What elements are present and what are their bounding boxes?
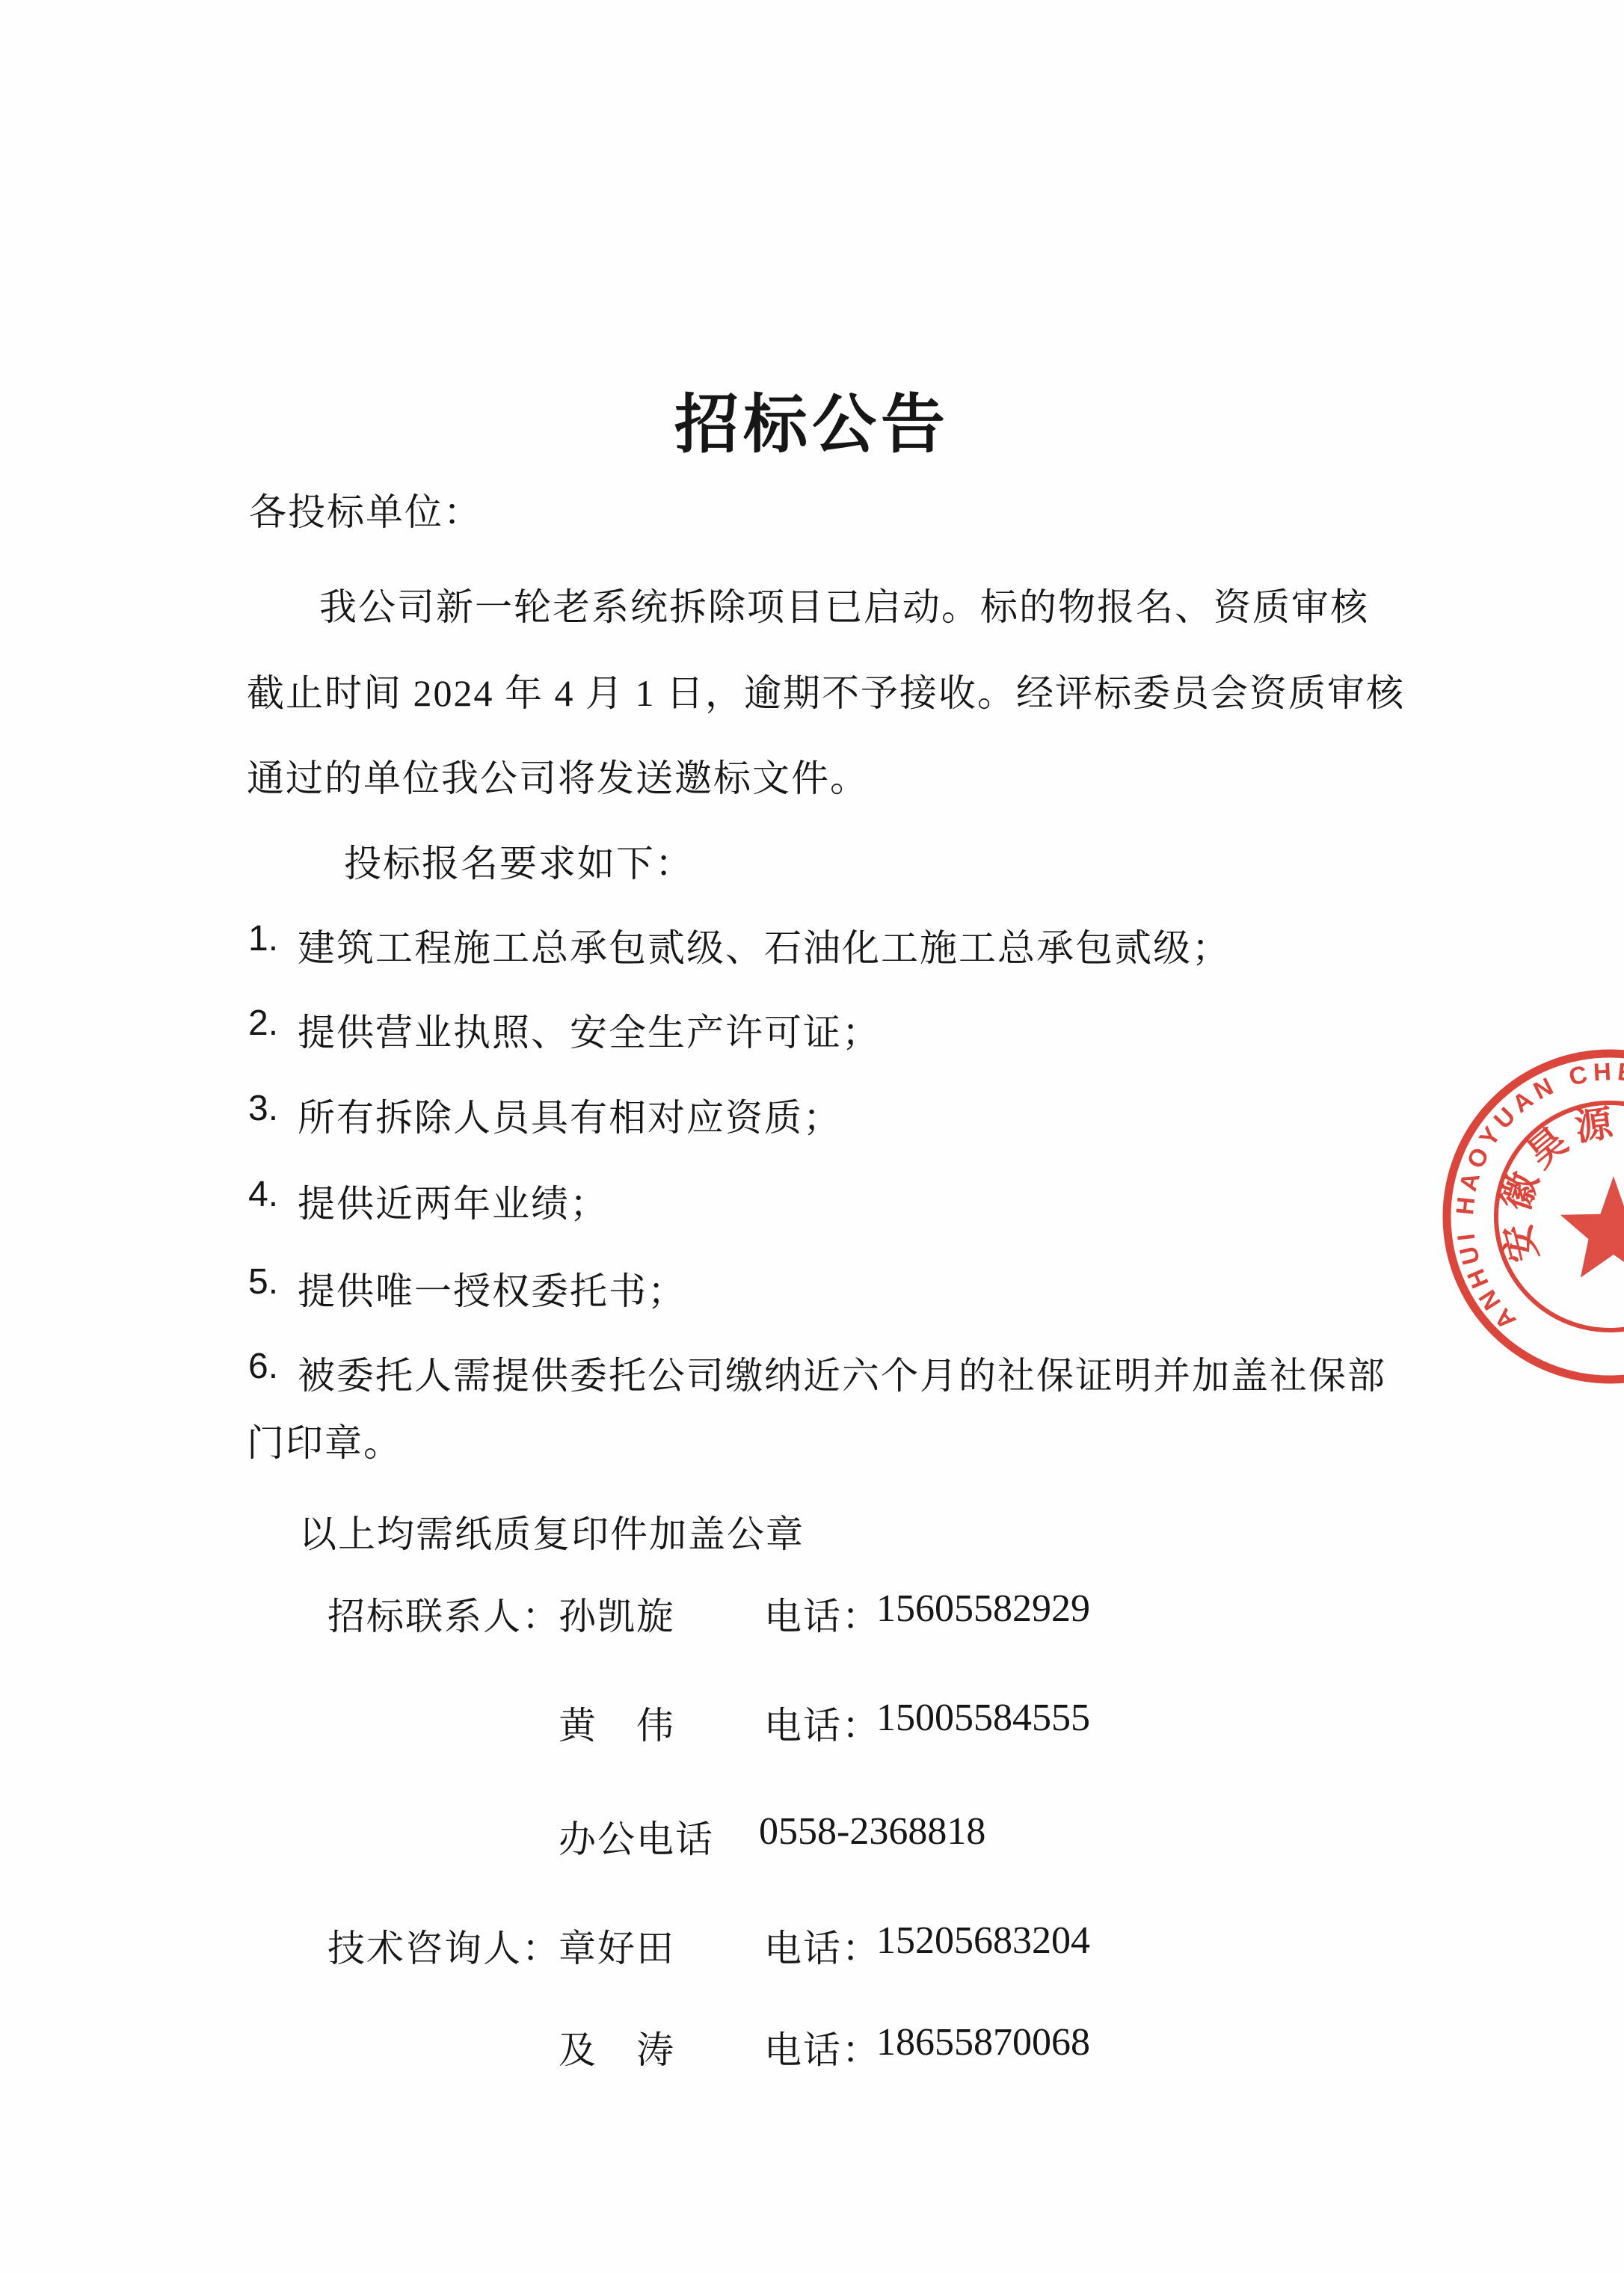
requirements-intro: 投标报名要求如下： — [344, 834, 694, 888]
phone-number: 15605582929 — [876, 1587, 1090, 1631]
requirement-text: 建筑工程施工总承包贰级、石油化工施工总承包贰级； — [298, 918, 1231, 972]
requirement-text: 提供营业执照、安全生产许可证； — [298, 1003, 881, 1056]
phone-number: 15205683204 — [876, 1919, 1090, 1963]
contact-row: 招标联系人： 孙凯旋 电话： 15605582929 — [0, 1587, 1624, 1639]
requirement-item: 2. 提供营业执照、安全生产许可证； — [0, 1003, 1624, 1055]
requirement-text: 被委托人需提供委托公司缴纳近六个月的社保证明并加盖社保部 — [298, 1346, 1386, 1400]
contact-name: 及 涛 — [559, 2020, 675, 2074]
requirement-item: 1. 建筑工程施工总承包贰级、石油化工施工总承包贰级； — [0, 918, 1624, 971]
requirement-number: 5. — [248, 1261, 278, 1302]
requirement-number: 2. — [248, 1003, 278, 1044]
phone-number: 18655870068 — [876, 2020, 1090, 2064]
requirement-item: 5. 提供唯一授权委托书； — [0, 1261, 1624, 1314]
contact-name: 办公电话 — [559, 1809, 714, 1863]
requirement-text: 提供近两年业绩； — [298, 1174, 609, 1228]
contact-row: 黄 伟 电话： 15005584555 — [0, 1696, 1624, 1748]
phone-label: 电话： — [764, 1919, 881, 1972]
contact-name: 章好田 — [559, 1919, 675, 1972]
paragraph-line-2: 截止时间 2024 年 4 月 1 日，逾期不予接收。经评标委员会资质审核 — [247, 663, 1405, 717]
contact-name: 黄 伟 — [559, 1696, 675, 1750]
phone-label: 电话： — [764, 1587, 881, 1640]
paper-copy-note: 以上均需纸质复印件加盖公章 — [299, 1504, 805, 1558]
contact-name: 孙凯旋 — [559, 1587, 675, 1640]
contact-role-label: 招标联系人： — [327, 1587, 561, 1640]
contact-row: 办公电话 0558-2368818 — [0, 1809, 1624, 1862]
requirement-item: 3. 所有拆除人员具有相对应资质； — [0, 1088, 1624, 1140]
paragraph-line-3: 通过的单位我公司将发送邀标文件。 — [247, 748, 869, 802]
contact-row: 及 涛 电话： 18655870068 — [0, 2020, 1624, 2073]
document-page: 招标公告 各投标单位： 我公司新一轮老系统拆除项目已启动。标的物报名、资质审核 … — [0, 0, 1624, 2273]
requirement-number: 1. — [248, 918, 278, 959]
phone-number: 15005584555 — [876, 1696, 1090, 1740]
requirement-text: 所有拆除人员具有相对应资质； — [298, 1088, 842, 1142]
contact-role-label: 技术咨询人： — [327, 1919, 561, 1972]
paragraph-line-1: 我公司新一轮老系统拆除项目已启动。标的物报名、资质审核 — [319, 577, 1369, 631]
requirement-item: 6. 被委托人需提供委托公司缴纳近六个月的社保证明并加盖社保部 — [0, 1346, 1624, 1398]
requirement-number: 3. — [248, 1088, 278, 1129]
requirement-number: 6. — [248, 1346, 278, 1387]
requirement-text-continuation: 门印章。 — [247, 1413, 402, 1467]
requirement-text: 提供唯一授权委托书； — [298, 1261, 686, 1315]
contact-row: 技术咨询人： 章好田 电话： 15205683204 — [0, 1919, 1624, 1971]
salutation: 各投标单位： — [249, 482, 482, 536]
phone-number: 0558-2368818 — [759, 1809, 985, 1854]
phone-label: 电话： — [764, 1696, 881, 1750]
phone-label: 电话： — [764, 2020, 881, 2074]
page-title: 招标公告 — [0, 372, 1624, 465]
requirement-item: 4. 提供近两年业绩； — [0, 1174, 1624, 1226]
requirement-number: 4. — [248, 1174, 278, 1215]
